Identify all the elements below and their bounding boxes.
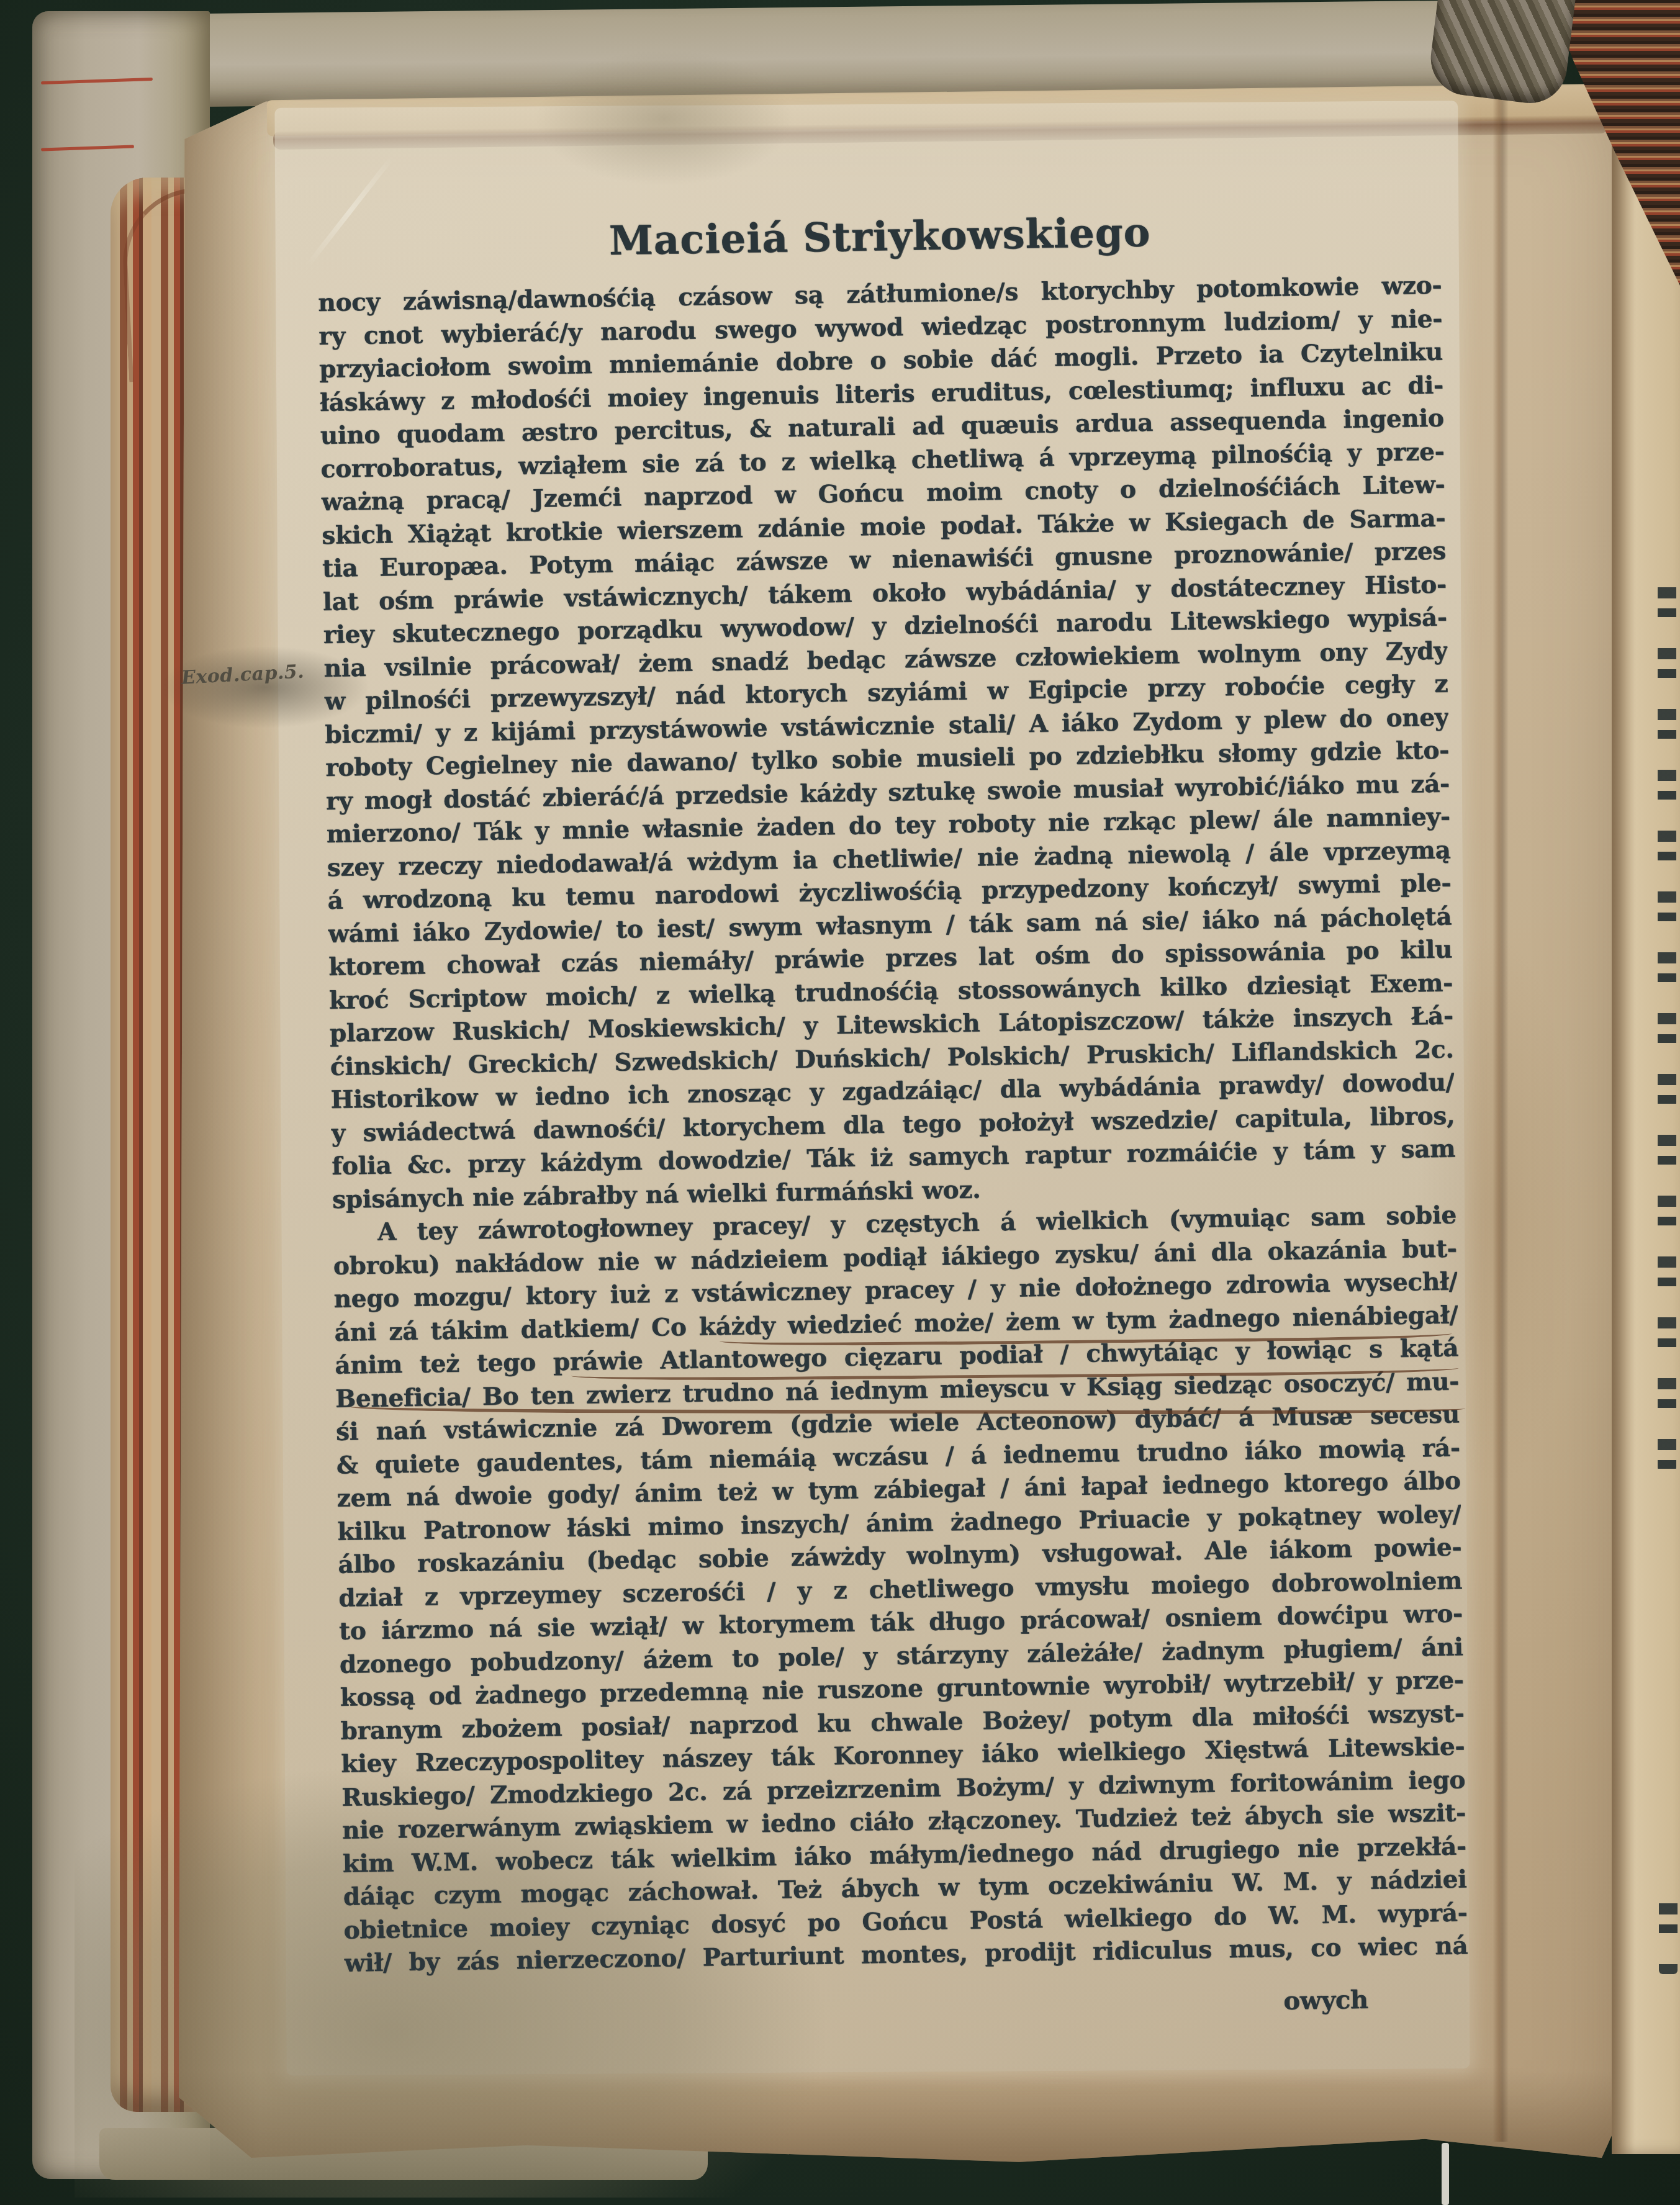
stain-top-center (534, 50, 795, 186)
catchword: owych (1245, 1985, 1407, 2016)
vertical-crease-right (1493, 93, 1509, 2142)
bookmark-ribbon (1442, 2143, 1449, 2205)
body-text: nocy záwisną/dawnośćią czásow są zátłumi… (318, 269, 1468, 1981)
show-through-print-fragments (1658, 571, 1676, 1471)
book-scan-scene: Exod.cap.5. Macieiá Striykowskiego nocy … (0, 0, 1680, 2205)
show-through-print-fragments (1659, 1887, 1678, 1974)
